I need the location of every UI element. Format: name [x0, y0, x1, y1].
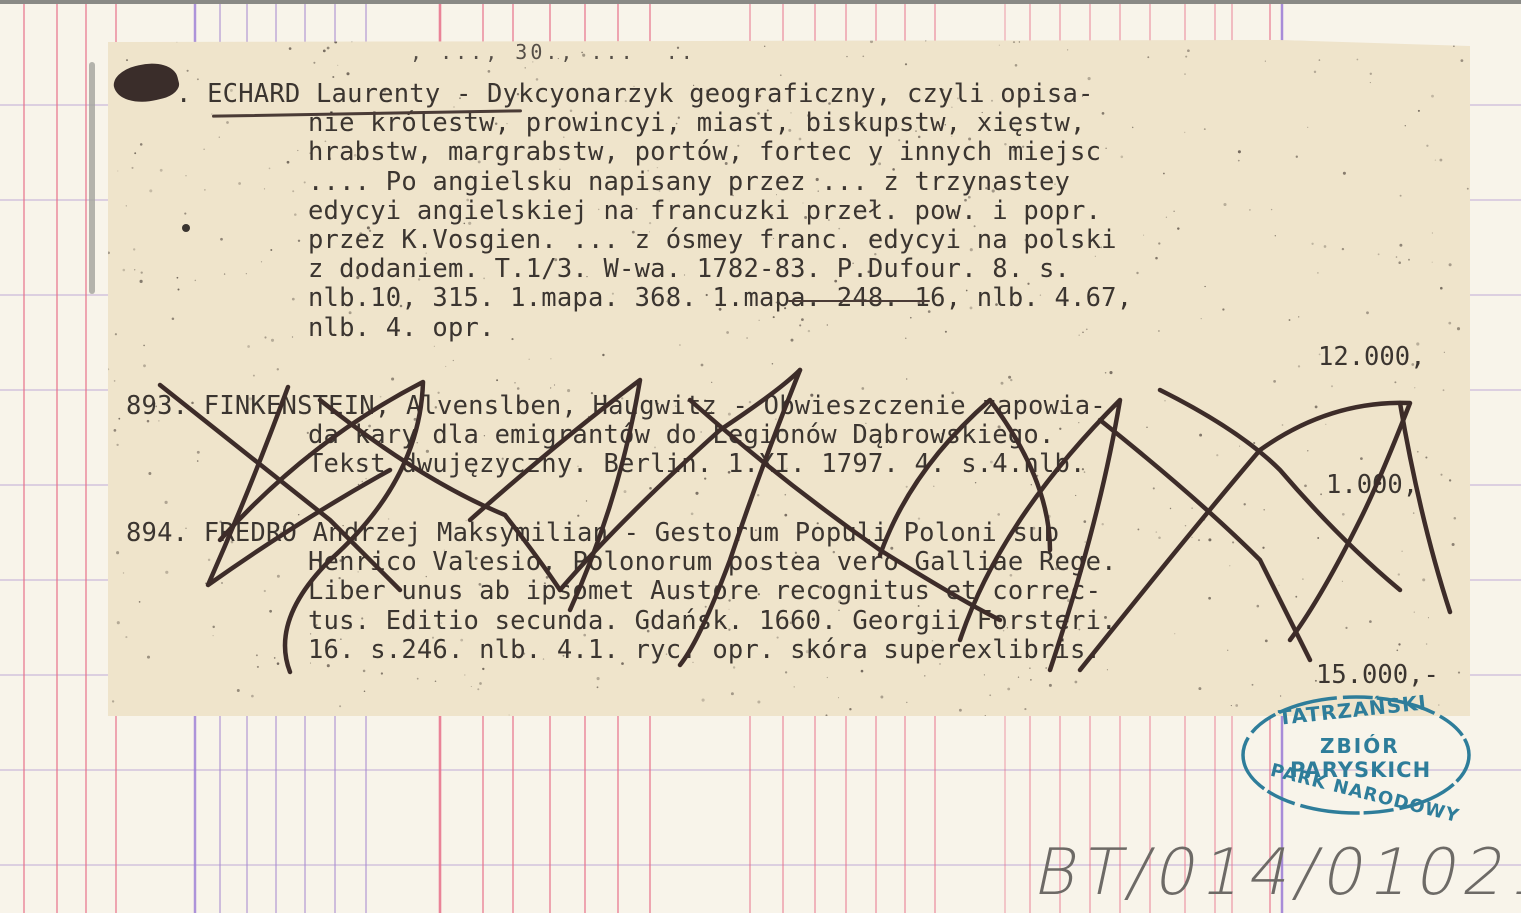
entry-line: .... Po angielsku napisany przez ... z t…	[126, 168, 1132, 197]
entry-line: 894. FREDRO Andrzej Maksymilian - Gestor…	[126, 519, 1117, 548]
entry-line: tus. Editio secunda. Gdańsk. 1660. Georg…	[126, 607, 1117, 636]
entry-line: Tekst dwujęzyczny. Berlin. 1.XI. 1797. 4…	[126, 450, 1106, 479]
entry-line: da kary dla emigrantów do Legionów Dąbro…	[126, 421, 1106, 450]
catalogue-entry-893: 893. FINKENSTEIN, Alvenslben, Haugwitz -…	[126, 392, 1106, 480]
entry-line: z dodaniem. T.1/3. W-wa. 1782-83. P.Dufo…	[126, 255, 1132, 284]
entry-line: nlb. 4. opr.	[126, 314, 1132, 343]
price-893: 1.000,	[1326, 470, 1418, 500]
entry-line: edycyi angielskiej na francuzki przeł. p…	[126, 197, 1132, 226]
catalogue-entry-892: . ECHARD Laurenty - Dykcyonarzyk geograf…	[126, 80, 1132, 343]
scan-edge	[0, 0, 1521, 4]
stamp-text-line1: ZBIÓR	[1320, 734, 1400, 758]
entry-line: 893. FINKENSTEIN, Alvenslben, Haugwitz -…	[126, 392, 1106, 421]
price-894: 15.000,-	[1316, 660, 1439, 690]
catalogue-entry-894: 894. FREDRO Andrzej Maksymilian - Gestor…	[126, 519, 1117, 665]
entry-line: Henrico Valesio, Polonorum postea vero G…	[126, 548, 1117, 577]
pencil-margin-mark	[89, 62, 95, 294]
entry-line: przez K.Vosgien. ... z ósmey franc. edyc…	[126, 226, 1132, 255]
handwritten-call-number: BT/014/01021	[1028, 836, 1521, 910]
entry-line: 16. s.246. nlb. 4.1. ryc. opr. skóra sup…	[126, 636, 1117, 665]
price-892: 12.000,	[1318, 342, 1425, 372]
entry-line: . ECHARD Laurenty - Dykcyonarzyk geograf…	[126, 80, 1132, 109]
underline-year	[788, 300, 930, 302]
entry-line: nlb.10, 315. 1.mapa. 368. 1.mapa. 248. 1…	[126, 284, 1132, 313]
entry-line: Liber unus ab ipsomet Austore recognitus…	[126, 577, 1117, 606]
cut-off-header-text: , ..., 30., ... ..	[410, 40, 696, 64]
entry-line: hrabstw, margrabstw, portów, fortec y in…	[126, 138, 1132, 167]
